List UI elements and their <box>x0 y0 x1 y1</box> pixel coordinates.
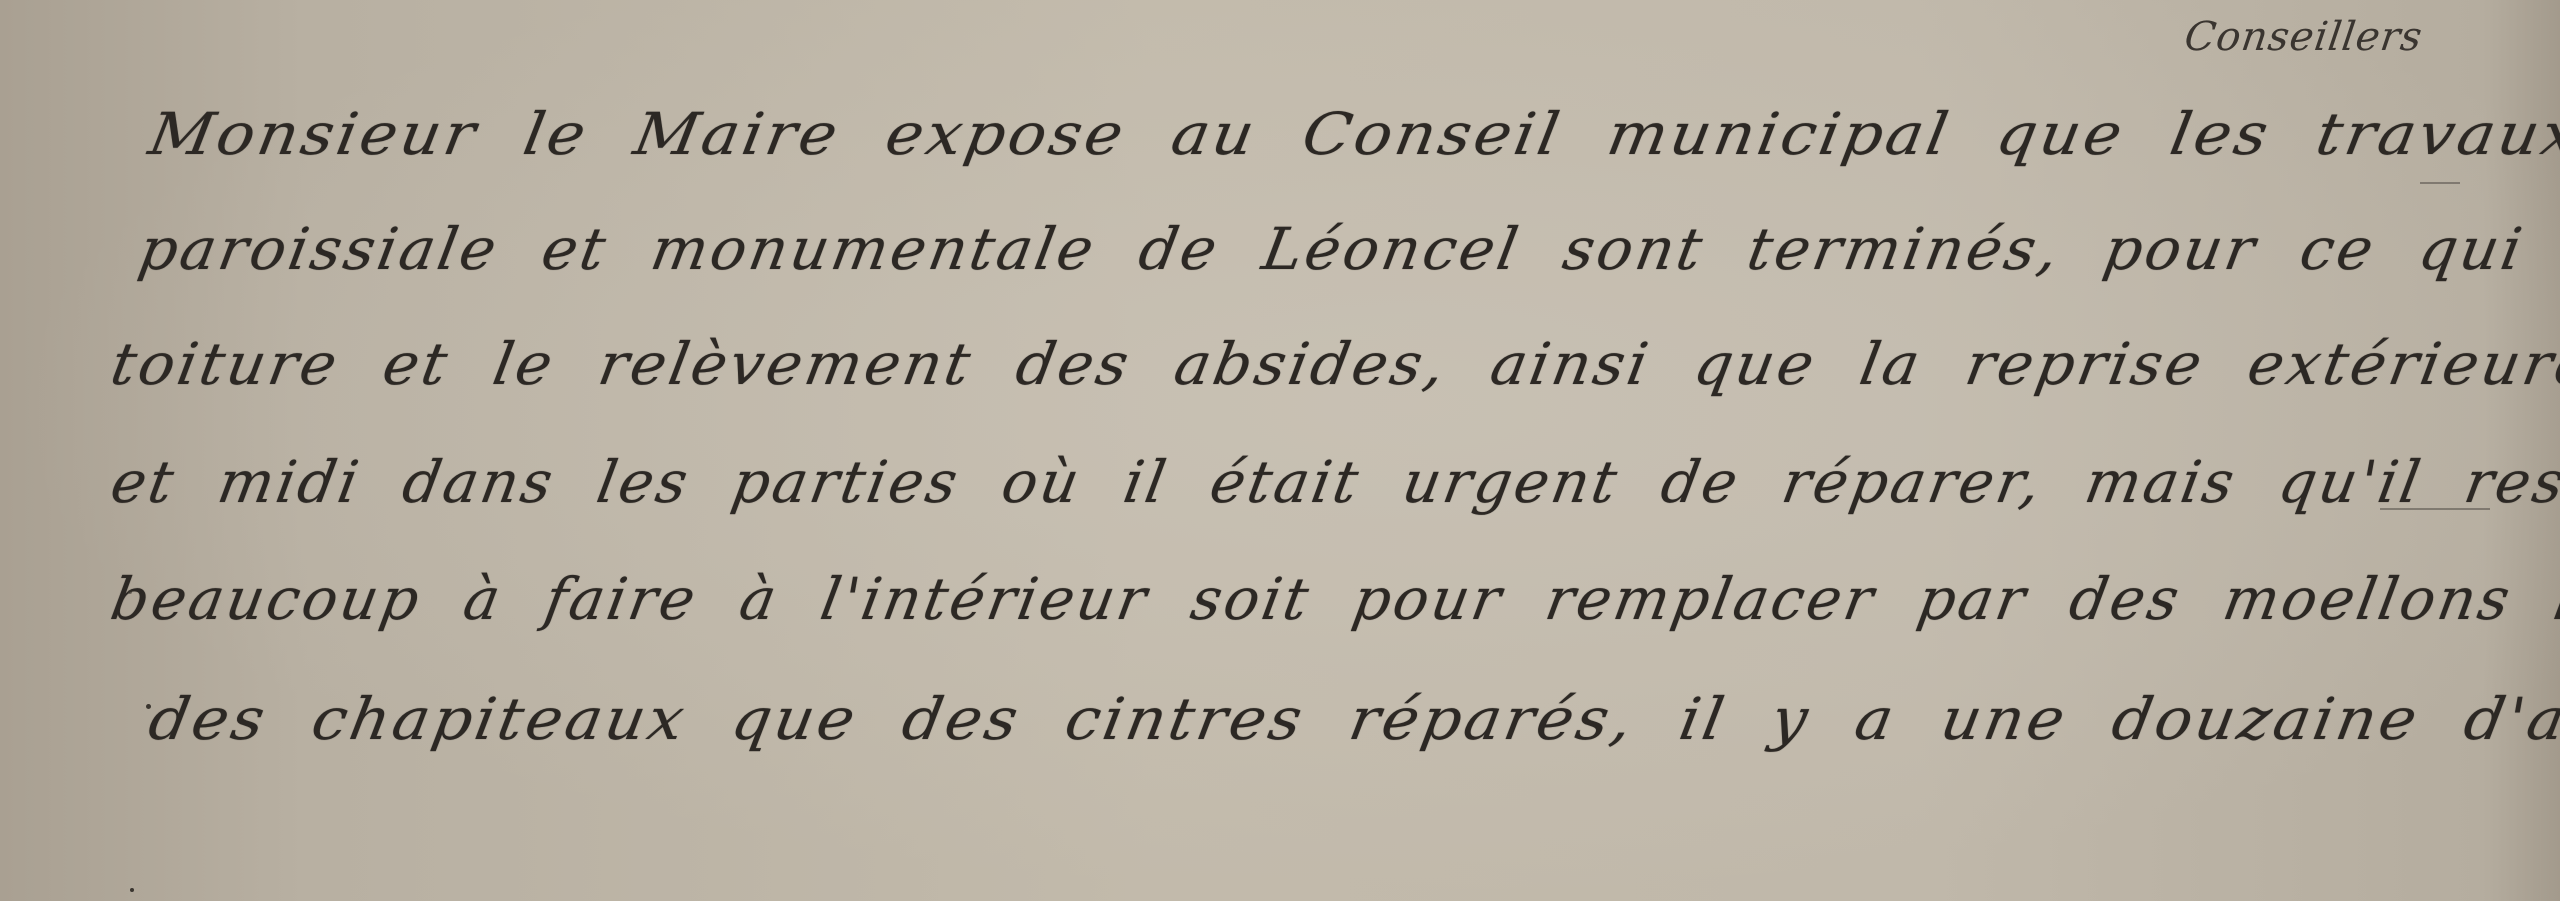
ink-spot <box>146 704 151 709</box>
ink-spot <box>130 888 134 892</box>
text-line-6: des chapiteaux que des cintres réparés, … <box>144 685 2560 753</box>
text-line-1: Monsieur le Maire expose au Conseil muni… <box>144 100 2560 168</box>
text-line-3: toiture et le relèvement des absides, ai… <box>106 330 2560 398</box>
text-line-4: et midi dans les parties où il était urg… <box>106 448 2560 516</box>
line-end-flourish <box>2420 182 2460 184</box>
line-end-flourish <box>2380 508 2490 510</box>
text-line-2: paroissiale et monumentale de Léoncel so… <box>134 215 2560 283</box>
ink-spot <box>128 590 132 594</box>
manuscript-page: Conseillers Monsieur le Maire expose au … <box>0 0 2560 901</box>
text-line-5: beaucoup à faire à l'intérieur soit pour… <box>106 565 2560 633</box>
margin-note: Conseillers <box>2182 14 2426 60</box>
